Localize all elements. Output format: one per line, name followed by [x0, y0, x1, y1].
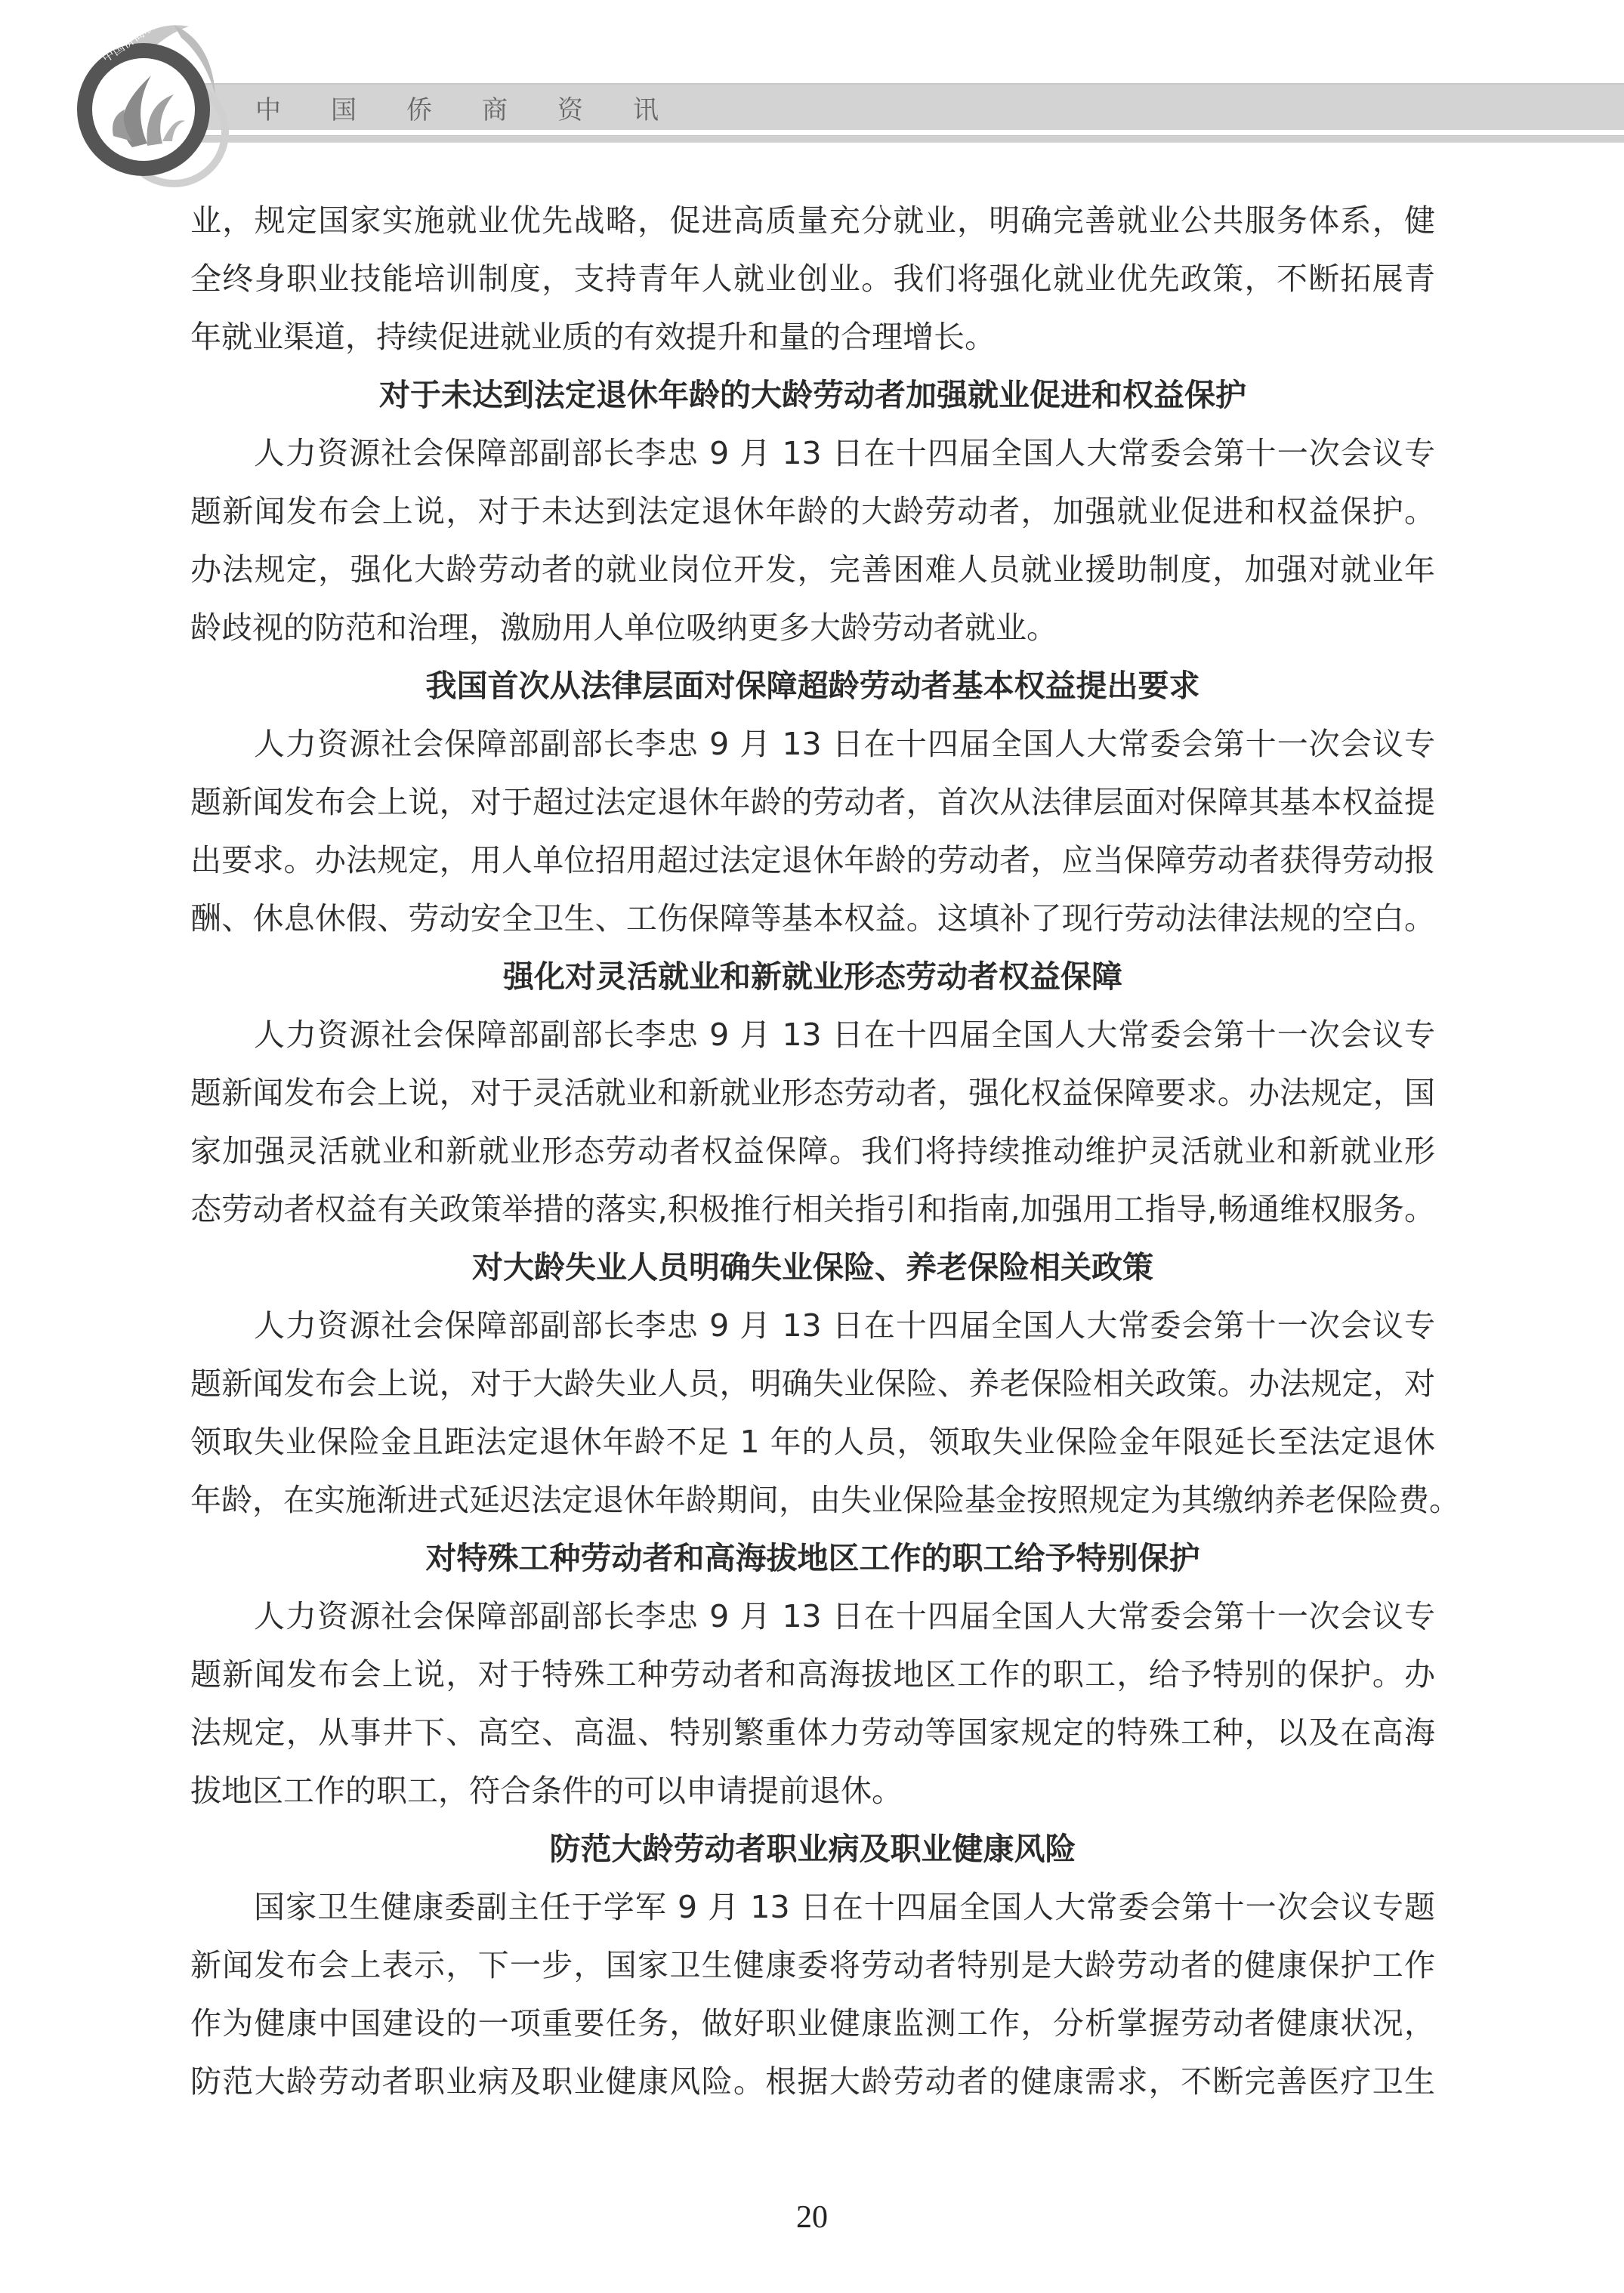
paragraph-line: 年龄，在实施渐进式延迟法定退休年龄期间，由失业保险基金按照规定为其缴纳养老保险费…	[190, 1471, 1435, 1529]
section-heading: 对特殊工种劳动者和高海拔地区工作的职工给予特别保护	[190, 1529, 1435, 1588]
paragraph-line: 防范大龄劳动者职业病及职业健康风险。根据大龄劳动者的健康需求，不断完善医疗卫生	[190, 2053, 1435, 2111]
publication-title: 中 国 侨 商 资 讯	[255, 89, 709, 125]
paragraph-line: 拔地区工作的职工，符合条件的可以申请提前退休。	[190, 1762, 1435, 1820]
paragraph-line: 国家卫生健康委副主任于学军 9 月 13 日在十四届全国人大常委会第十一次会议专…	[190, 1878, 1435, 1937]
paragraph-line: 人力资源社会保障部副部长李忠 9 月 13 日在十四届全国人大常委会第十一次会议…	[190, 715, 1435, 773]
title-char: 国	[331, 89, 406, 126]
paragraph-line: 新闻发布会上表示，下一步，国家卫生健康委将劳动者特别是大龄劳动者的健康保护工作	[190, 1937, 1435, 1995]
title-char: 商	[482, 89, 557, 126]
paragraph-line: 酬、休息休假、劳动安全卫生、工伤保障等基本权益。这填补了现行劳动法律法规的空白。	[190, 890, 1435, 948]
paragraph-line: 龄歧视的防范和治理，激励用人单位吸纳更多大龄劳动者就业。	[190, 599, 1435, 657]
page-number: 20	[0, 2199, 1624, 2236]
paragraph-line: 办法规定，强化大龄劳动者的就业岗位开发，完善困难人员就业援助制度，加强对就业年	[190, 541, 1435, 599]
paragraph-line: 业，规定国家实施就业优先战略，促进高质量充分就业，明确完善就业公共服务体系，健	[190, 192, 1435, 250]
paragraph-line: 人力资源社会保障部副部长李忠 9 月 13 日在十四届全国人大常委会第十一次会议…	[190, 1588, 1435, 1646]
paragraph-line: 态劳动者权益有关政策举措的落实,积极推行相关指引和指南,加强用工指导,畅通维权服…	[190, 1180, 1435, 1239]
title-char: 讯	[633, 89, 709, 126]
paragraph-line: 人力资源社会保障部副部长李忠 9 月 13 日在十四届全国人大常委会第十一次会议…	[190, 424, 1435, 483]
paragraph-line: 题新闻发布会上说，对于灵活就业和新就业形态劳动者，强化权益保障要求。办法规定，国	[190, 1064, 1435, 1122]
paragraph-line: 出要求。办法规定，用人单位招用超过法定退休年龄的劳动者，应当保障劳动者获得劳动报	[190, 832, 1435, 890]
section-heading: 防范大龄劳动者职业病及职业健康风险	[190, 1820, 1435, 1878]
paragraph-line: 题新闻发布会上说，对于大龄失业人员，明确失业保险、养老保险相关政策。办法规定，对	[190, 1355, 1435, 1413]
header-stripe	[198, 135, 1624, 143]
section-heading: 对大龄失业人员明确失业保险、养老保险相关政策	[190, 1239, 1435, 1297]
paragraph-line: 全终身职业技能培训制度，支持青年人就业创业。我们将强化就业优先政策，不断拓展青	[190, 250, 1435, 308]
paragraph-line: 人力资源社会保障部副部长李忠 9 月 13 日在十四届全国人大常委会第十一次会议…	[190, 1297, 1435, 1355]
paragraph-line: 题新闻发布会上说，对于特殊工种劳动者和高海拔地区工作的职工，给予特别的保护。办	[190, 1646, 1435, 1704]
title-char: 侨	[406, 89, 482, 126]
title-char: 资	[557, 89, 633, 126]
section-heading: 强化对灵活就业和新就业形态劳动者权益保障	[190, 948, 1435, 1006]
paragraph-line: 年就业渠道，持续促进就业质的有效提升和量的合理增长。	[190, 308, 1435, 366]
paragraph-line: 领取失业保险金且距法定退休年龄不足 1 年的人员，领取失业保险金年限延长至法定退…	[190, 1413, 1435, 1471]
paragraph-line: 法规定，从事井下、高空、高温、特别繁重体力劳动等国家规定的特殊工种，以及在高海	[190, 1704, 1435, 1762]
paragraph-line: 作为健康中国建设的一项重要任务，做好职业健康监测工作，分析掌握劳动者健康状况，	[190, 1995, 1435, 2053]
section-heading: 对于未达到法定退休年龄的大龄劳动者加强就业促进和权益保护	[190, 366, 1435, 424]
paragraph-line: 题新闻发布会上说，对于未达到法定退休年龄的大龄劳动者，加强就业促进和权益保护。	[190, 483, 1435, 541]
paragraph-line: 题新闻发布会上说，对于超过法定退休年龄的劳动者，首次从法律层面对保障其基本权益提	[190, 773, 1435, 832]
paragraph-line: 人力资源社会保障部副部长李忠 9 月 13 日在十四届全国人大常委会第十一次会议…	[190, 1006, 1435, 1064]
article-body: 业，规定国家实施就业优先战略，促进高质量充分就业，明确完善就业公共服务体系，健 …	[190, 192, 1435, 2111]
organization-logo-icon: 中国侨商联合会	[60, 11, 249, 193]
section-heading: 我国首次从法律层面对保障超龄劳动者基本权益提出要求	[190, 657, 1435, 715]
paragraph-line: 家加强灵活就业和新就业形态劳动者权益保障。我们将持续推动维护灵活就业和新就业形	[190, 1122, 1435, 1180]
title-char: 中	[255, 89, 331, 126]
